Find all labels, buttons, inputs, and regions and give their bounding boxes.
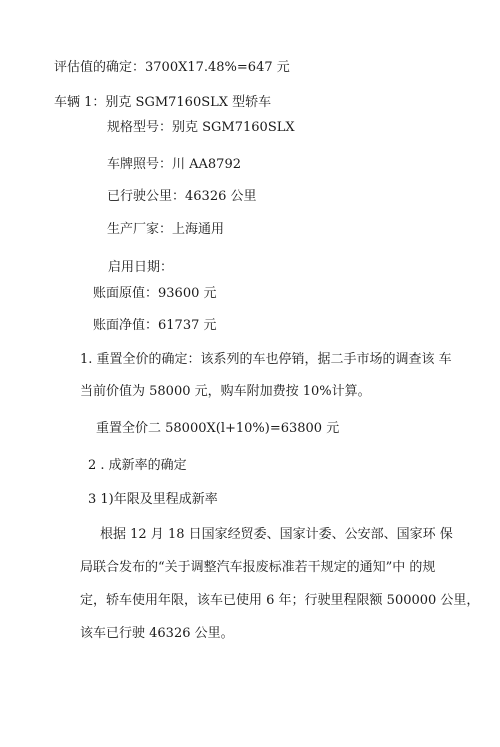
valuation-line: 评估值的确定：3700X17.48%=647 元 (54, 60, 290, 76)
book-original-value: 账面原值：93600 元 (93, 286, 217, 302)
paragraph-line-4: 该车已行驶 46326 公里。 (80, 626, 234, 642)
vehicle-heading: 车辆 1：别克 SGM7160SLX 型轿车 (54, 95, 271, 111)
paragraph-line-1: 根据 12 月 18 日国家经贸委、国家计委、公安部、国家环 保 (100, 527, 453, 543)
subsection-heading: 3 1)年限及里程成新率 (88, 492, 218, 508)
start-date: 启用日期： (108, 260, 173, 276)
replacement-price-formula: 重置全价二 58000X(l+10%)=63800 元 (96, 421, 339, 437)
paragraph-line-2: 局联合发布的“关于调整汽车报废标准若干规定的通知”中 的规 (80, 560, 435, 576)
mileage: 已行驶公里：46326 公里 (107, 189, 257, 205)
manufacturer: 生产厂家：上海通用 (107, 222, 224, 238)
section-1-text: 当前价值为 58000 元，购车附加费按 10%计算。 (80, 384, 371, 400)
plate-number: 车牌照号：川 AA8792 (107, 157, 241, 173)
model-spec: 规格型号：别克 SGM7160SLX (107, 120, 295, 136)
section-2-heading: 2 . 成新率的确定 (88, 458, 187, 474)
book-net-value: 账面净值：61737 元 (93, 318, 217, 334)
paragraph-line-3: 定，轿车使用年限，该车已使用 6 年；行驶里程限额 500000 公里， (80, 593, 479, 609)
section-1-heading: 1. 重置全价的确定：该系列的车也停销，据二手市场的调查该 车 (80, 352, 452, 368)
